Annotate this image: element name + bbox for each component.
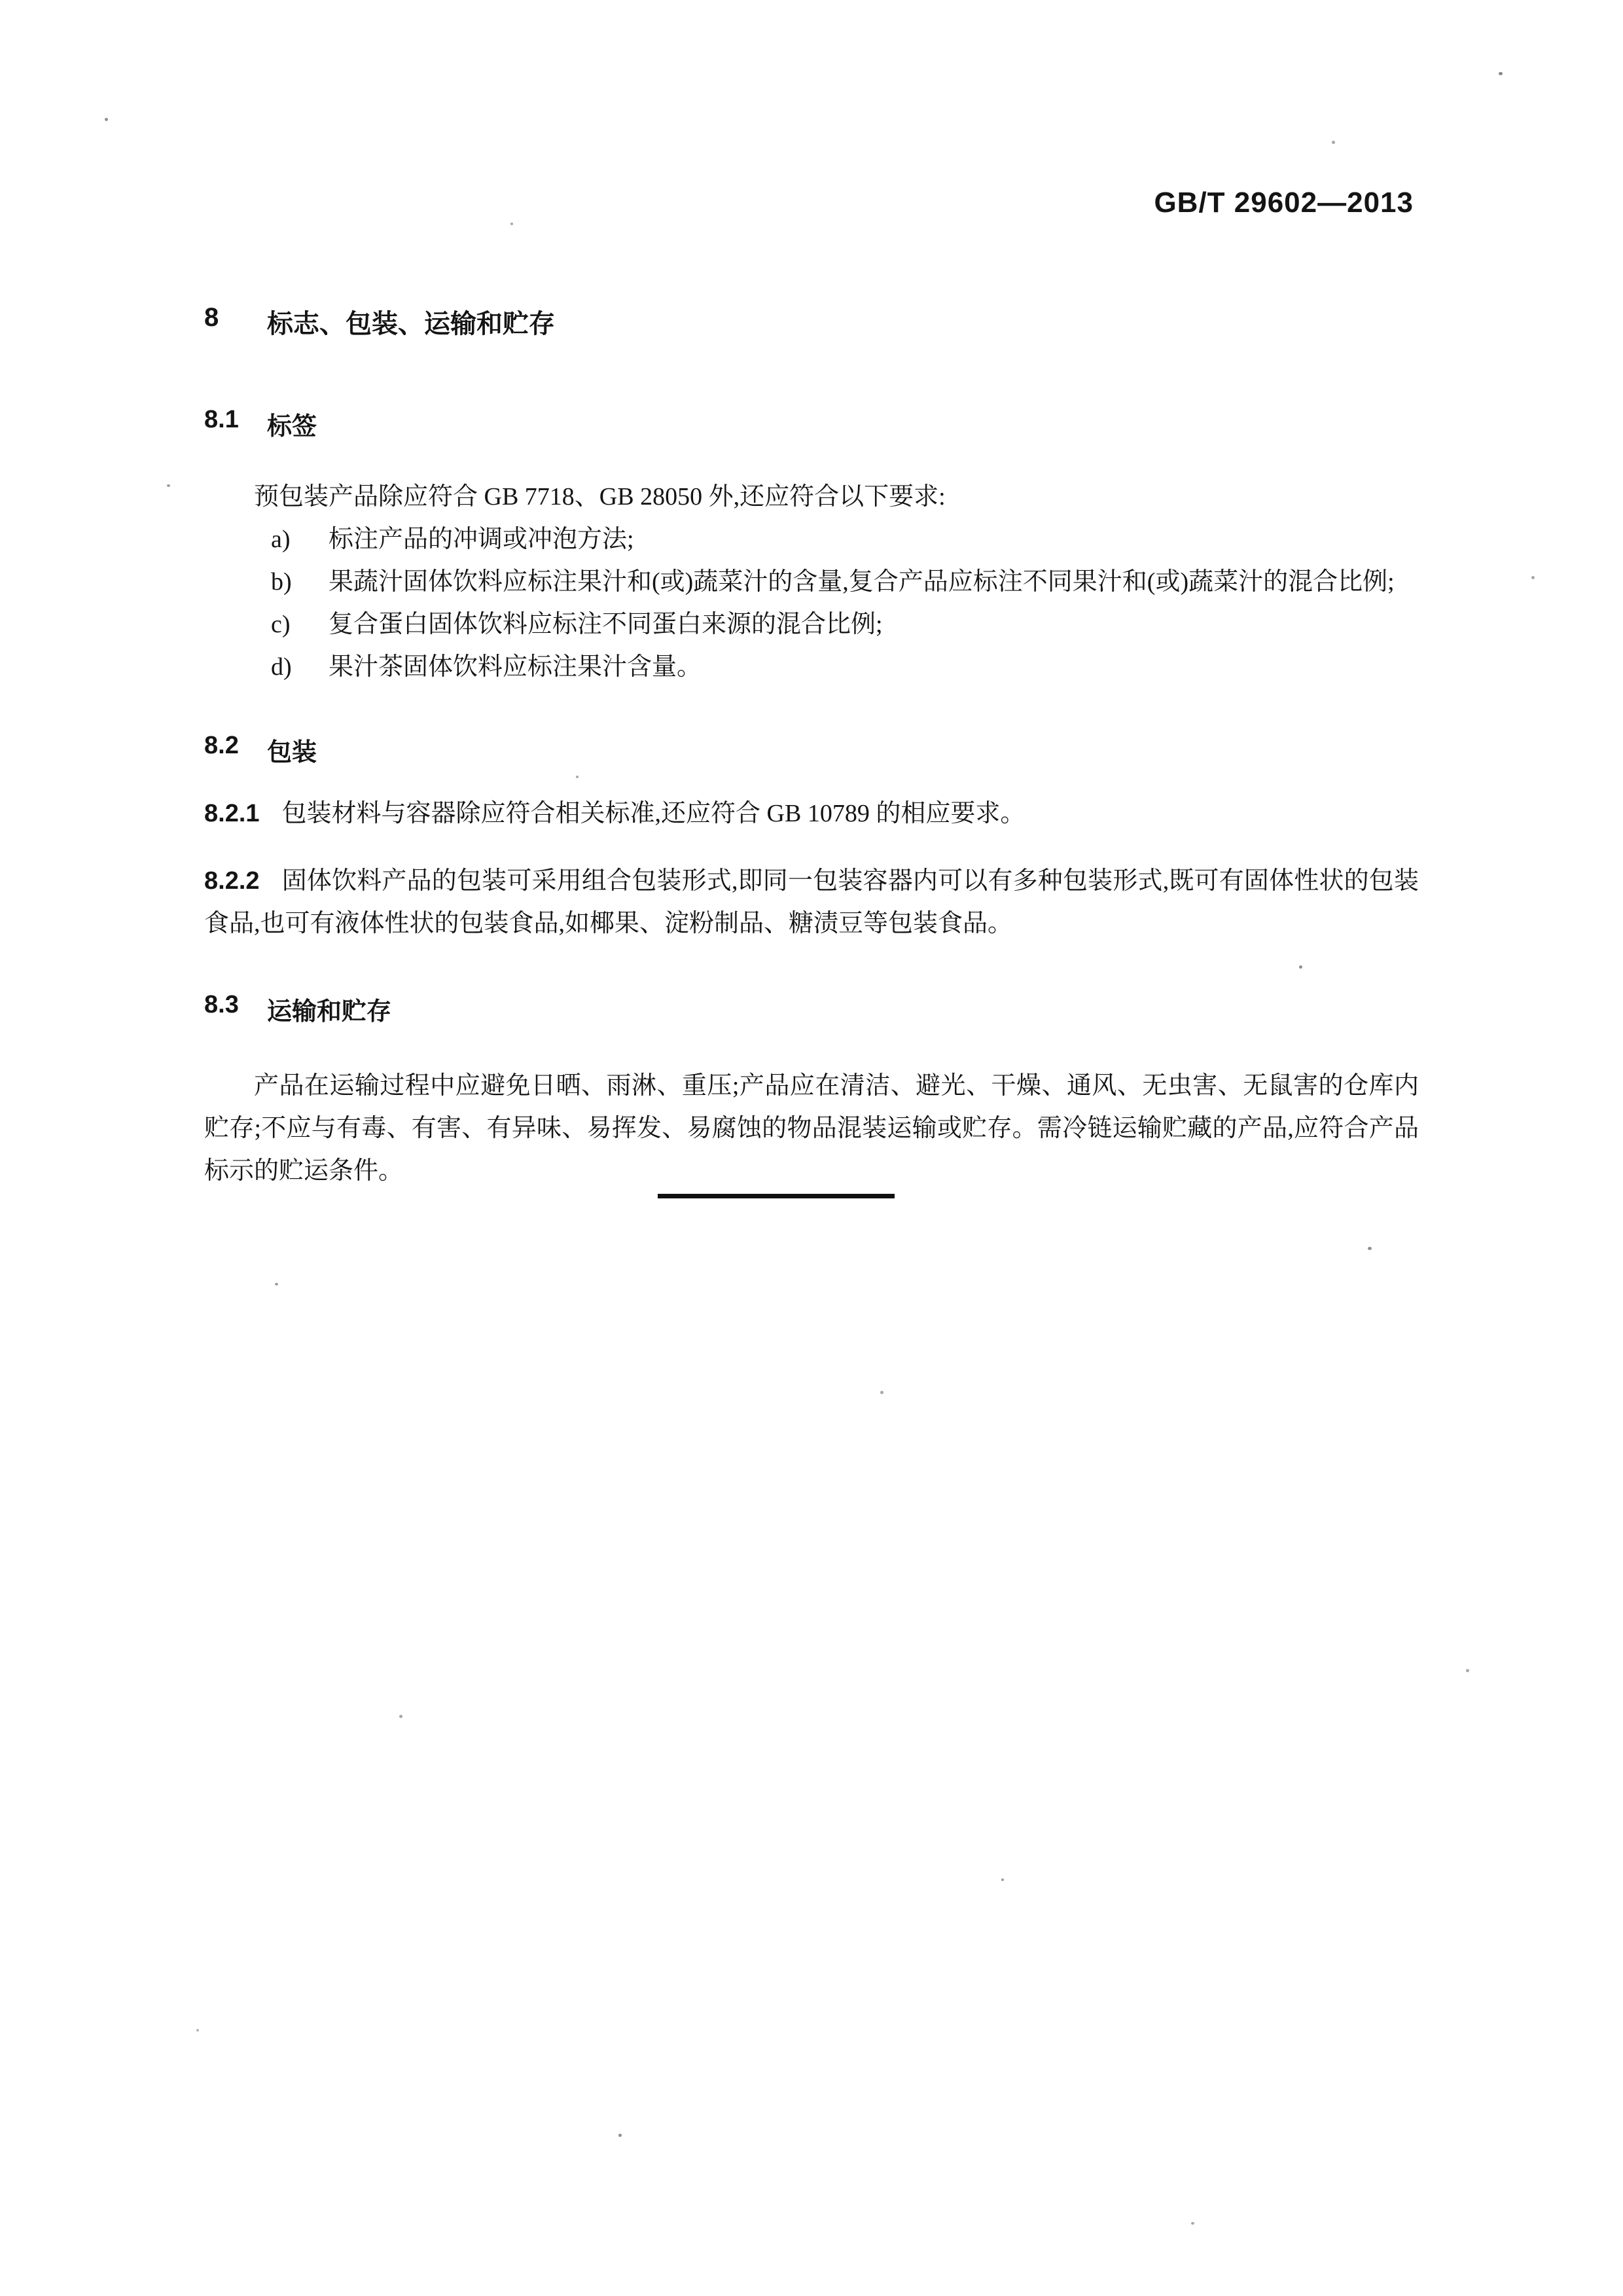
clause-8-2-1: 8.2.1包装材料与容器除应符合相关标准,还应符合 GB 10789 的相应要求…: [204, 793, 1419, 835]
list-item: c) 复合蛋白固体饮料应标注不同蛋白来源的混合比例;: [204, 603, 1419, 646]
scan-noise-dot: [576, 776, 579, 778]
scan-noise-dot: [275, 1283, 278, 1285]
scan-noise-dot: [618, 2134, 622, 2137]
list-item: a) 标注产品的冲调或冲泡方法;: [204, 518, 1419, 561]
section-8-number: 8: [204, 303, 267, 340]
scan-noise-dot: [1499, 72, 1503, 75]
list-item-marker: d): [271, 646, 329, 689]
label-requirements-list: a) 标注产品的冲调或冲泡方法; b) 果蔬汁固体饮料应标注果汁和(或)蔬菜汁的…: [204, 518, 1419, 689]
scan-noise-dot: [1466, 1669, 1469, 1672]
scan-noise-dot: [167, 484, 170, 487]
clause-8-2-2-text: 固体饮料产品的包装可采用组合包装形式,即同一包装容器内可以有多种包装形式,既可有…: [204, 867, 1419, 937]
scanned-document-page: GB/T 29602—2013 8 标志、包装、运输和贮存 8.1 标签 预包装…: [0, 0, 1623, 2296]
list-item-marker: c): [271, 603, 329, 646]
scan-noise-dot: [880, 1391, 883, 1394]
section-8-heading: 8 标志、包装、运输和贮存: [204, 303, 1419, 340]
section-8-3-heading: 8.3 运输和贮存: [204, 991, 1419, 1027]
section-8-2-heading: 8.2 包装: [204, 732, 1419, 768]
section-8-1-number: 8.1: [204, 406, 267, 442]
scan-noise-dot: [1191, 2222, 1194, 2225]
section-8-title: 标志、包装、运输和贮存: [267, 303, 555, 340]
list-item-text: 复合蛋白固体饮料应标注不同蛋白来源的混合比例;: [329, 603, 1419, 646]
clause-8-2-1-text: 包装材料与容器除应符合相关标准,还应符合 GB 10789 的相应要求。: [282, 800, 1026, 827]
scan-noise-dot: [510, 223, 513, 225]
section-8-3-paragraph: 产品在运输过程中应避免日晒、雨淋、重压;产品应在清洁、避光、干燥、通风、无虫害、…: [204, 1065, 1419, 1193]
scan-noise-dot: [399, 1715, 402, 1718]
scan-noise-dot: [1368, 1247, 1372, 1250]
list-item-text: 果蔬汁固体饮料应标注果汁和(或)蔬菜汁的含量,复合产品应标注不同果汁和(或)蔬菜…: [329, 561, 1419, 603]
section-8-1-heading: 8.1 标签: [204, 406, 1419, 442]
scan-noise-dot: [1332, 141, 1335, 144]
list-item: d) 果汁茶固体饮料应标注果汁含量。: [204, 646, 1419, 689]
list-item-text: 果汁茶固体饮料应标注果汁含量。: [329, 646, 1419, 689]
scan-noise-dot: [1001, 1878, 1004, 1881]
section-8-2-number: 8.2: [204, 732, 267, 768]
list-item-marker: b): [271, 561, 329, 603]
list-item-marker: a): [271, 518, 329, 561]
clause-8-2-2-number: 8.2.2: [204, 867, 282, 895]
list-item: b) 果蔬汁固体饮料应标注果汁和(或)蔬菜汁的含量,复合产品应标注不同果汁和(或…: [204, 561, 1419, 603]
standard-number-header: GB/T 29602—2013: [204, 187, 1419, 219]
section-8-3-title: 运输和贮存: [267, 991, 391, 1027]
list-item-text: 标注产品的冲调或冲泡方法;: [329, 518, 1419, 561]
section-8-1-intro-paragraph: 预包装产品除应符合 GB 7718、GB 28050 外,还应符合以下要求:: [204, 476, 1419, 518]
section-8-2-title: 包装: [267, 732, 317, 768]
page-content: GB/T 29602—2013 8 标志、包装、运输和贮存 8.1 标签 预包装…: [0, 0, 1623, 1193]
scan-noise-dot: [1299, 965, 1302, 969]
scan-noise-dot: [105, 118, 108, 121]
clause-8-2-1-number: 8.2.1: [204, 800, 282, 827]
section-8-3-number: 8.3: [204, 991, 267, 1027]
clause-8-2-2: 8.2.2固体饮料产品的包装可采用组合包装形式,即同一包装容器内可以有多种包装形…: [204, 860, 1419, 945]
end-of-text-rule: [658, 1194, 895, 1198]
scan-noise-dot: [1531, 576, 1535, 579]
scan-noise-dot: [196, 2029, 199, 2032]
section-8-1-title: 标签: [267, 406, 317, 442]
